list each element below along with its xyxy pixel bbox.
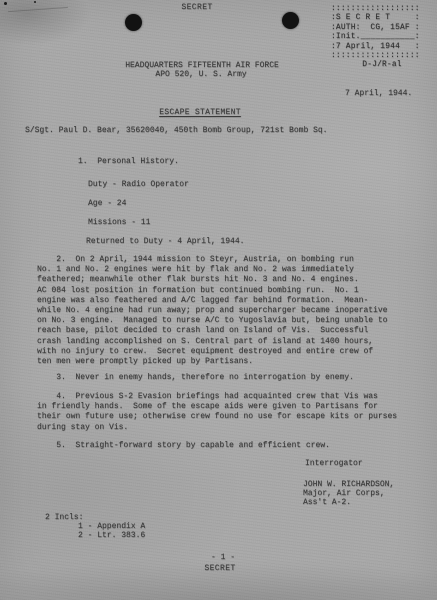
signature-rank: Major, Air Corps, [303,489,385,498]
signature-title: Ass't A-2. [303,498,351,507]
stamp-reference: D-J/R-al [362,61,401,70]
paragraph-2: 2. On 2 April, 1944 mission to Steyr, Au… [37,255,387,367]
personal-history-duty: Duty - Radio Operator [88,180,189,190]
document-page: SECRET :::::::::::::::::: :S E C R E T :… [0,0,437,600]
interrogator-label: Interrogator [305,459,363,469]
personal-history-age: Age - 24 [88,199,126,209]
pencil-mark [8,7,68,12]
paragraph-4: 4. Previous S-2 Evasion briefings had ac… [37,392,397,433]
paragraph-3: 3. Never in enemy hands, therefore no in… [37,373,354,383]
unit-address: APO 520, U. S. Army [155,70,246,80]
personal-history-returned: Returned to Duty - 4 April, 1944. [86,237,244,247]
personal-history-heading: 1. Personal History. [78,157,179,167]
document-title: ESCAPE STATEMENT [159,108,241,118]
personal-history-missions: Missions - 11 [88,218,150,228]
enclosure-item-2: 2 - Ltr. 383.6 [78,531,145,541]
page-number: - 1 - [211,553,235,563]
subject-line: S/Sgt. Paul D. Bear, 35620040, 450th Bom… [25,126,327,136]
paragraph-5: 5. Straight-forward story by capable and… [37,441,330,451]
classification-footer: SECRET [204,564,235,574]
classification-header: SECRET [181,3,212,13]
signature-name: JOHN W. RICHARDSON, [303,480,394,489]
document-date: 7 April, 1944. [345,89,412,99]
hole-punch-left [125,14,142,31]
security-stamp: :::::::::::::::::: :S E C R E T : :AUTH:… [331,5,420,61]
ink-speck [34,1,36,3]
hole-punch-right [282,12,299,29]
ink-speck [4,2,7,5]
